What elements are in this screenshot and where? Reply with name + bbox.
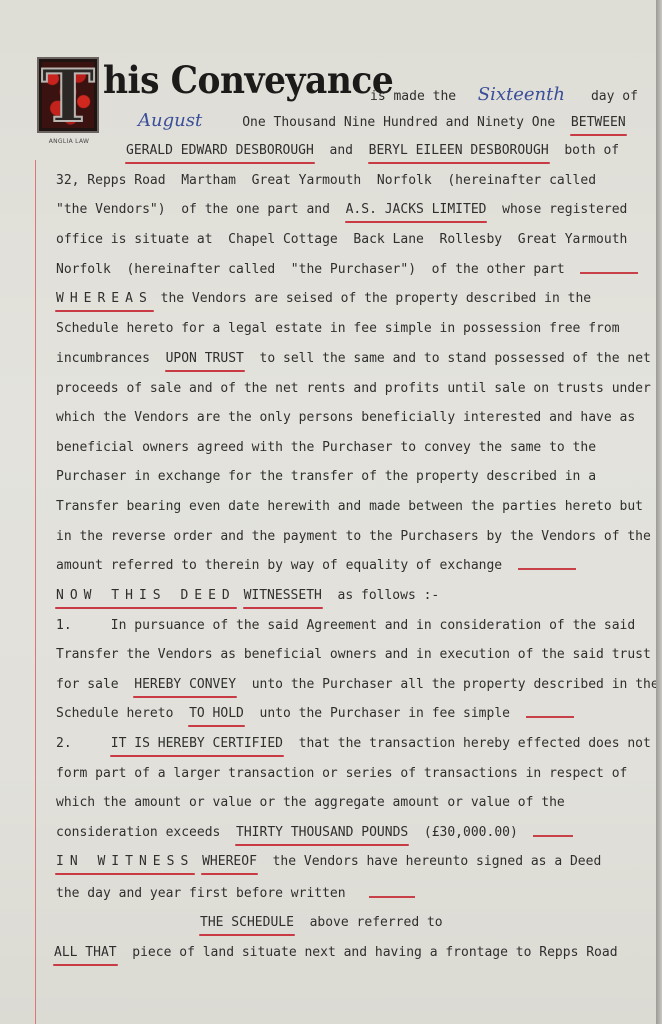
text: and <box>330 143 353 158</box>
text: the day and year first before written <box>56 886 346 901</box>
underlined-term: UPON TRUST <box>166 350 244 368</box>
underlined-term: IN WITNESS <box>56 853 194 871</box>
text: unto the Purchaser all the property desc… <box>252 677 659 692</box>
text: for sale <box>56 677 119 692</box>
text-line: office is situate at Chapel Cottage Back… <box>56 231 627 249</box>
publisher-mark: ANGLIA LAW <box>38 138 100 145</box>
text: is made the <box>370 89 456 104</box>
party-name: BERYL EILEEN DESBOROUGH <box>369 142 549 160</box>
text: amount referred to therein by way of equ… <box>56 558 502 573</box>
line-filler-dash <box>580 272 638 274</box>
text-line: the day and year first before written <box>56 885 415 903</box>
text-line: which the amount or value or the aggrega… <box>56 794 565 812</box>
line-filler-dash <box>533 835 573 837</box>
text: consideration exceeds <box>56 825 220 840</box>
text: that the transaction hereby effected doe… <box>299 736 651 751</box>
underlined-term: NOW THIS DEED <box>56 587 236 605</box>
underlined-term: THIRTY THOUSAND POUNDS <box>236 824 408 842</box>
text: above referred to <box>310 915 443 930</box>
line-filler-dash <box>518 568 576 570</box>
text: to sell the same and to stand possessed … <box>260 351 651 366</box>
deed-page: T ANGLIA LAW his Conveyance is made the … <box>0 0 657 1024</box>
text: as follows :- <box>338 588 440 603</box>
text-line: is made the Sixteenthday of <box>370 86 638 106</box>
text-line: "the Vendors") of the one part and A.S. … <box>56 201 627 219</box>
text: incumbrances <box>56 351 150 366</box>
text-line: beneficial owners agreed with the Purcha… <box>56 439 596 457</box>
text: piece of land situate next and having a … <box>132 945 617 960</box>
text: the Vendors have hereunto signed as a De… <box>273 854 602 869</box>
text-line: Schedule hereto for a legal estate in fe… <box>56 320 620 338</box>
party-name: A.S. JACKS LIMITED <box>346 201 487 219</box>
underlined-term: HEREBY CONVEY <box>134 676 236 694</box>
line-filler-dash <box>369 896 415 898</box>
text-line: incumbrances UPON TRUST to sell the same… <box>56 350 651 368</box>
text-line: WHEREAS the Vendors are seised of the pr… <box>56 290 591 308</box>
text-line: 2. IT IS HEREBY CERTIFIED that the trans… <box>56 735 651 753</box>
underlined-term: THE SCHEDULE <box>200 914 294 932</box>
text-line: 1. In pursuance of the said Agreement an… <box>56 617 635 635</box>
schedule-heading: THE SCHEDULE above referred to <box>200 914 443 932</box>
page-edge-shadow <box>656 0 662 1024</box>
text: One Thousand Nine Hundred and Ninety One <box>242 115 555 130</box>
initial-letter: T <box>39 57 97 133</box>
text: Schedule hereto <box>56 706 173 721</box>
text-line: Schedule hereto TO HOLD unto the Purchas… <box>56 705 574 723</box>
text: In pursuance of the said Agreement and i… <box>111 618 635 633</box>
text-line: Norfolk (hereinafter called "the Purchas… <box>56 261 638 279</box>
handwritten-month: August <box>138 110 202 131</box>
clause-number: 2. <box>56 736 72 751</box>
underlined-term: WHEREOF <box>202 853 257 871</box>
text-line: IN WITNESS WHEREOF the Vendors have here… <box>56 853 601 871</box>
handwritten-day: Sixteenth <box>478 84 565 105</box>
party-name: GERALD EDWARD DESBOROUGH <box>126 142 314 160</box>
text-line: amount referred to therein by way of equ… <box>56 557 576 575</box>
underlined-term: IT IS HEREBY CERTIFIED <box>111 735 283 753</box>
clause-number: 1. <box>56 618 72 633</box>
text: whose registered <box>502 202 627 217</box>
text-line: ALL THAT piece of land situate next and … <box>54 944 618 962</box>
text-line: in the reverse order and the payment to … <box>56 528 651 546</box>
text: unto the Purchaser in fee simple <box>260 706 510 721</box>
text-line: Transfer bearing even date herewith and … <box>56 498 643 516</box>
text-line: 32, Repps Road Martham Great Yarmouth No… <box>56 172 596 190</box>
text-line: for sale HEREBY CONVEY unto the Purchase… <box>56 676 659 694</box>
text-line: proceeds of sale and of the net rents an… <box>56 380 651 398</box>
text-line: AugustOne Thousand Nine Hundred and Nine… <box>138 112 626 132</box>
underlined-term: ALL THAT <box>54 944 117 962</box>
text-line: Purchaser in exchange for the transfer o… <box>56 468 596 486</box>
text: day of <box>591 89 638 104</box>
text-line: GERALD EDWARD DESBOROUGH and BERYL EILEE… <box>126 142 619 160</box>
text: both of <box>564 143 619 158</box>
red-margin-rule <box>35 160 36 1024</box>
underlined-term: WITNESSETH <box>244 587 322 605</box>
text-line: which the Vendors are the only persons b… <box>56 409 635 427</box>
line-filler-dash <box>526 716 574 718</box>
text: the Vendors are seised of the property d… <box>161 291 591 306</box>
text-line: form part of a larger transaction or ser… <box>56 765 627 783</box>
underlined-term: WHEREAS <box>56 290 153 308</box>
text-line: NOW THIS DEED WITNESSETH as follows :- <box>56 587 439 605</box>
document-title: his Conveyance <box>103 55 393 105</box>
consideration-amount: (£30,000.00) <box>424 825 518 840</box>
text: Norfolk (hereinafter called "the Purchas… <box>56 262 565 277</box>
underlined-term: TO HOLD <box>189 705 244 723</box>
underlined-term: BETWEEN <box>571 114 626 132</box>
illuminated-initial: T <box>37 57 99 133</box>
text: "the Vendors") of the one part and <box>56 202 330 217</box>
text-line: consideration exceeds THIRTY THOUSAND PO… <box>56 824 573 842</box>
text-line: Transfer the Vendors as beneficial owner… <box>56 646 651 664</box>
